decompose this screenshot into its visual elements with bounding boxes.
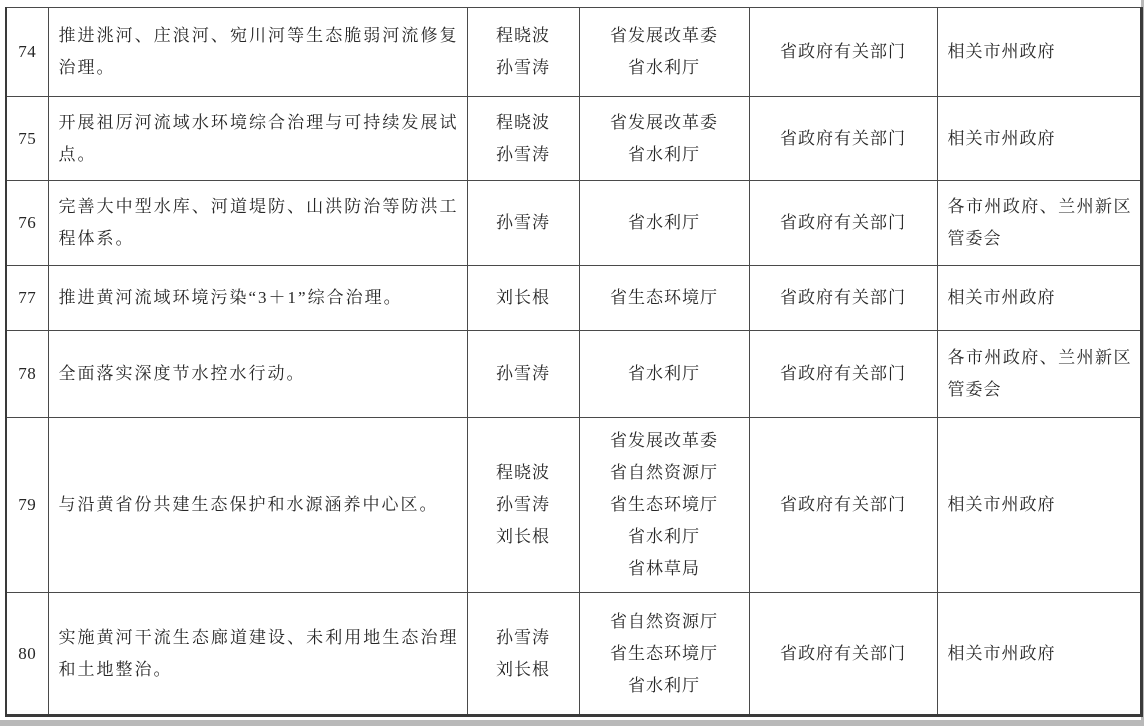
leaders-cell: 程晓波 孙雪涛 bbox=[467, 8, 579, 97]
departments-cell: 省生态环境厅 bbox=[579, 266, 749, 331]
table-row: 80 实施黄河干流生态廊道建设、未利用地生态治理和土地整治。 孙雪涛 刘长根 省… bbox=[6, 593, 1141, 716]
related-governments-cell: 各市州政府、兰州新区管委会 bbox=[937, 181, 1141, 266]
table-row: 74 推进洮河、庄浪河、宛川河等生态脆弱河流修复治理。 程晓波 孙雪涛 省发展改… bbox=[6, 8, 1141, 97]
leaders-cell: 孙雪涛 刘长根 bbox=[467, 593, 579, 716]
related-governments-cell: 相关市州政府 bbox=[937, 97, 1141, 181]
related-departments-cell: 省政府有关部门 bbox=[749, 418, 937, 593]
leaders-cell: 孙雪涛 bbox=[467, 181, 579, 266]
related-governments-cell: 相关市州政府 bbox=[937, 266, 1141, 331]
row-number-cell: 74 bbox=[6, 8, 48, 97]
task-cell: 完善大中型水库、河道堤防、山洪防治等防洪工程体系。 bbox=[48, 181, 467, 266]
task-cell: 实施黄河干流生态廊道建设、未利用地生态治理和土地整治。 bbox=[48, 593, 467, 716]
row-number-cell: 80 bbox=[6, 593, 48, 716]
related-departments-cell: 省政府有关部门 bbox=[749, 593, 937, 716]
related-departments-cell: 省政府有关部门 bbox=[749, 97, 937, 181]
related-governments-cell: 相关市州政府 bbox=[937, 593, 1141, 716]
leaders-cell: 孙雪涛 bbox=[467, 331, 579, 418]
row-number-cell: 75 bbox=[6, 97, 48, 181]
departments-cell: 省自然资源厅 省生态环境厅 省水利厅 bbox=[579, 593, 749, 716]
row-number-cell: 78 bbox=[6, 331, 48, 418]
leaders-cell: 程晓波 孙雪涛 bbox=[467, 97, 579, 181]
task-cell: 推进黄河流域环境污染“3＋1”综合治理。 bbox=[48, 266, 467, 331]
row-number-cell: 79 bbox=[6, 418, 48, 593]
table-row: 76 完善大中型水库、河道堤防、山洪防治等防洪工程体系。 孙雪涛 省水利厅 省政… bbox=[6, 181, 1141, 266]
table-row: 75 开展祖厉河流域水环境综合治理与可持续发展试点。 程晓波 孙雪涛 省发展改革… bbox=[6, 97, 1141, 181]
table-row: 77 推进黄河流域环境污染“3＋1”综合治理。 刘长根 省生态环境厅 省政府有关… bbox=[6, 266, 1141, 331]
related-departments-cell: 省政府有关部门 bbox=[749, 331, 937, 418]
task-assignment-table: 74 推进洮河、庄浪河、宛川河等生态脆弱河流修复治理。 程晓波 孙雪涛 省发展改… bbox=[5, 7, 1143, 717]
leaders-cell: 刘长根 bbox=[467, 266, 579, 331]
task-cell: 与沿黄省份共建生态保护和水源涵养中心区。 bbox=[48, 418, 467, 593]
related-governments-cell: 相关市州政府 bbox=[937, 418, 1141, 593]
departments-cell: 省发展改革委 省自然资源厅 省生态环境厅 省水利厅 省林草局 bbox=[579, 418, 749, 593]
departments-cell: 省水利厅 bbox=[579, 331, 749, 418]
task-cell: 全面落实深度节水控水行动。 bbox=[48, 331, 467, 418]
related-departments-cell: 省政府有关部门 bbox=[749, 266, 937, 331]
task-cell: 推进洮河、庄浪河、宛川河等生态脆弱河流修复治理。 bbox=[48, 8, 467, 97]
departments-cell: 省发展改革委 省水利厅 bbox=[579, 8, 749, 97]
related-governments-cell: 相关市州政府 bbox=[937, 8, 1141, 97]
row-number-cell: 77 bbox=[6, 266, 48, 331]
document-page: 74 推进洮河、庄浪河、宛川河等生态脆弱河流修复治理。 程晓波 孙雪涛 省发展改… bbox=[0, 0, 1141, 720]
leaders-cell: 程晓波 孙雪涛 刘长根 bbox=[467, 418, 579, 593]
related-governments-cell: 各市州政府、兰州新区管委会 bbox=[937, 331, 1141, 418]
row-number-cell: 76 bbox=[6, 181, 48, 266]
task-cell: 开展祖厉河流域水环境综合治理与可持续发展试点。 bbox=[48, 97, 467, 181]
related-departments-cell: 省政府有关部门 bbox=[749, 8, 937, 97]
departments-cell: 省水利厅 bbox=[579, 181, 749, 266]
table-row: 78 全面落实深度节水控水行动。 孙雪涛 省水利厅 省政府有关部门 各市州政府、… bbox=[6, 331, 1141, 418]
departments-cell: 省发展改革委 省水利厅 bbox=[579, 97, 749, 181]
related-departments-cell: 省政府有关部门 bbox=[749, 181, 937, 266]
table-row: 79 与沿黄省份共建生态保护和水源涵养中心区。 程晓波 孙雪涛 刘长根 省发展改… bbox=[6, 418, 1141, 593]
